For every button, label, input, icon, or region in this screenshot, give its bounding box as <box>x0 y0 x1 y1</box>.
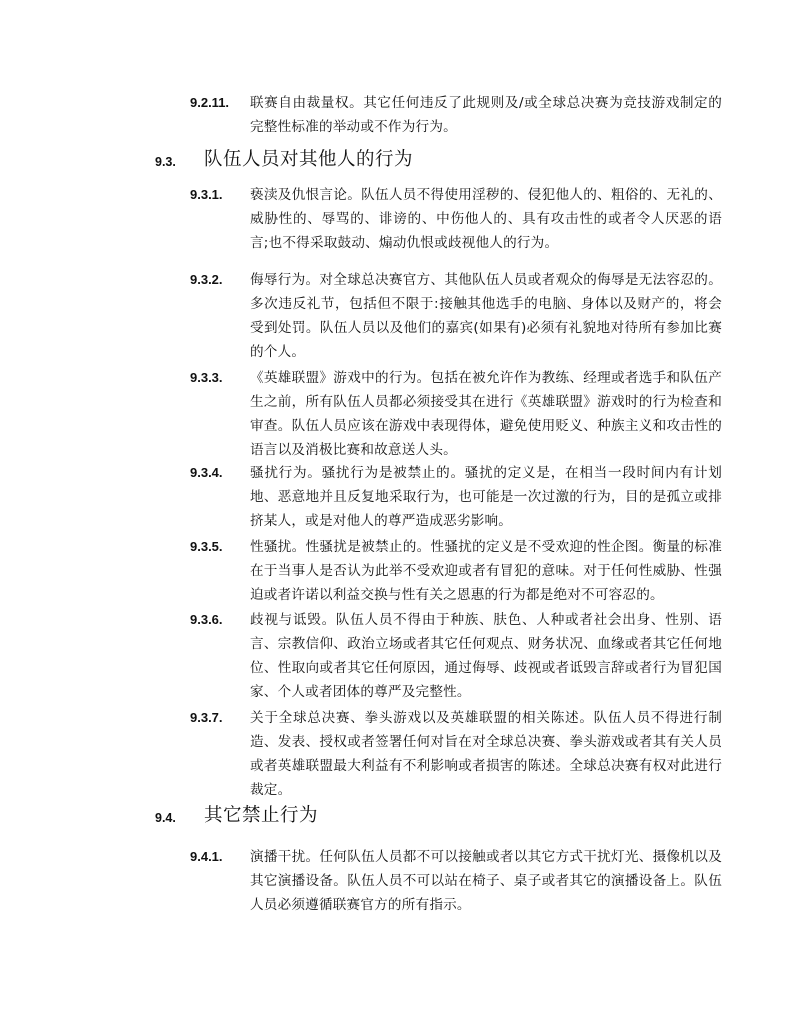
rule-text: 侮辱行为。对全球总决赛官方、其他队伍人员或者观众的侮辱是无法容忍的。多次违反礼节… <box>250 268 722 364</box>
rule-number: 9.3.2. <box>190 268 223 292</box>
rule-text: 亵渎及仇恨言论。队伍人员不得使用淫秽的、侵犯他人的、粗俗的、无礼的、威胁性的、辱… <box>250 183 722 255</box>
rule-text: 演播干扰。任何队伍人员都不可以接触或者以其它方式干扰灯光、摄像机以及其它演播设备… <box>250 845 722 917</box>
rule-number: 9.2.11. <box>190 91 229 115</box>
rule-number: 9.3.7. <box>190 706 223 730</box>
rule-text: 性骚扰。性骚扰是被禁止的。性骚扰的定义是不受欢迎的性企图。衡量的标准在于当事人是… <box>250 535 722 607</box>
rule-number: 9.4.1. <box>190 845 223 869</box>
section-heading-9-4: 9.4. 其它禁止行为 <box>155 802 715 832</box>
section-title: 队伍人员对其他人的行为 <box>204 146 413 174</box>
rule-text: 骚扰行为。骚扰行为是被禁止的。骚扰的定义是，在相当一段时间内有计划地、恶意地并且… <box>250 461 722 533</box>
rule-number: 9.3.6. <box>190 608 223 632</box>
section-heading-9-3: 9.3. 队伍人员对其他人的行为 <box>155 146 715 176</box>
rule-text: 歧视与诋毁。队伍人员不得由于种族、肤色、人种或者社会出身、性别、语言、宗教信仰、… <box>250 608 722 704</box>
rule-text: 《英雄联盟》游戏中的行为。包括在被允许作为教练、经理或者选手和队伍产生之前，所有… <box>250 366 722 462</box>
section-title: 其它禁止行为 <box>204 802 318 830</box>
document-page: 9.2.11. 联赛自由裁量权。其它任何违反了此规则及/或全球总决赛为竞技游戏制… <box>0 0 800 1035</box>
rule-number: 9.3.1. <box>190 183 223 207</box>
rule-number: 9.3.4. <box>190 461 223 485</box>
rule-text: 联赛自由裁量权。其它任何违反了此规则及/或全球总决赛为竞技游戏制定的完整性标准的… <box>250 91 722 139</box>
section-number: 9.3. <box>155 154 176 170</box>
rule-number: 9.3.3. <box>190 366 223 390</box>
rule-number: 9.3.5. <box>190 535 223 559</box>
rule-text: 关于全球总决赛、拳头游戏以及英雄联盟的相关陈述。队伍人员不得进行制造、发表、授权… <box>250 706 722 802</box>
section-number: 9.4. <box>155 810 176 826</box>
